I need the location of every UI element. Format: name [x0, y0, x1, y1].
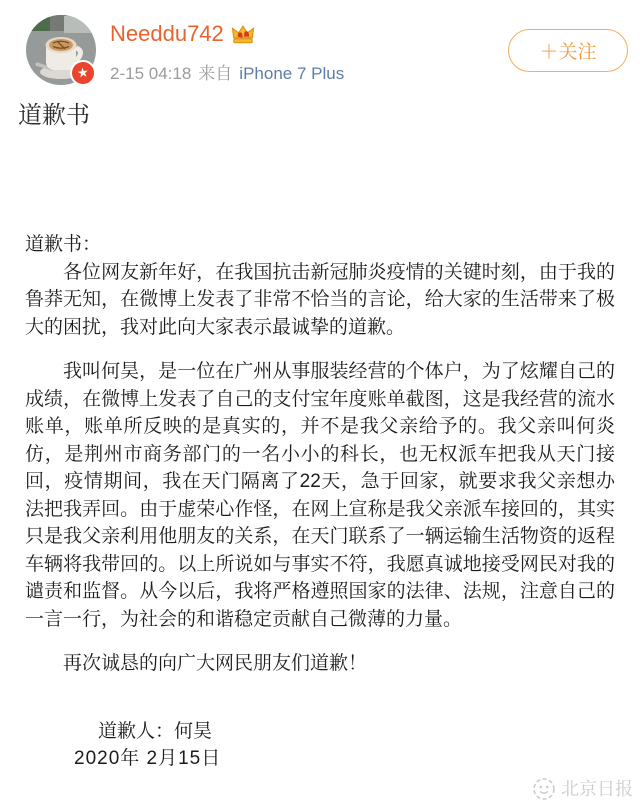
username[interactable]: Needdu742	[110, 21, 224, 47]
letter-salutation: 道歉书：	[25, 231, 615, 259]
beijing-daily-logo-icon	[532, 777, 556, 801]
letter-closing: 再次诚恳的向广大网民朋友们道歉！	[25, 650, 615, 678]
watermark-label: 北京日报	[561, 777, 633, 801]
weibo-post-screenshot: ★ Needdu742 2-15 04:18 来自 iPhone 7 Plus …	[0, 0, 640, 808]
post-meta: 2-15 04:18 来自 iPhone 7 Plus	[110, 59, 344, 84]
source-device-link[interactable]: iPhone 7 Plus	[239, 64, 344, 84]
letter-date: 2020年 2月15日	[25, 745, 615, 773]
post-title: 道歉书	[18, 101, 90, 131]
user-row: Needdu742	[110, 21, 255, 47]
watermark: 北京日报	[532, 777, 633, 801]
vip-crown-icon	[231, 24, 255, 45]
avatar[interactable]: ★	[26, 15, 96, 85]
letter-paragraph: 我叫何昊，是一位在广州从事服装经营的个体户，为了炫耀自己的成绩，在微博上发表了自…	[25, 358, 615, 633]
apology-letter: 道歉书： 各位网友新年好，在我国抗击新冠肺炎疫情的关键时刻，由于我的鲁莽无知，在…	[0, 231, 640, 773]
source-prefix: 来自	[198, 59, 232, 84]
timestamp: 2-15 04:18	[110, 64, 191, 84]
letter-signer: 道歉人：何昊	[25, 718, 615, 746]
follow-button[interactable]: ＋关注	[508, 29, 628, 72]
letter-paragraph: 各位网友新年好，在我国抗击新冠肺炎疫情的关键时刻，由于我的鲁莽无知，在微博上发表…	[25, 259, 615, 342]
